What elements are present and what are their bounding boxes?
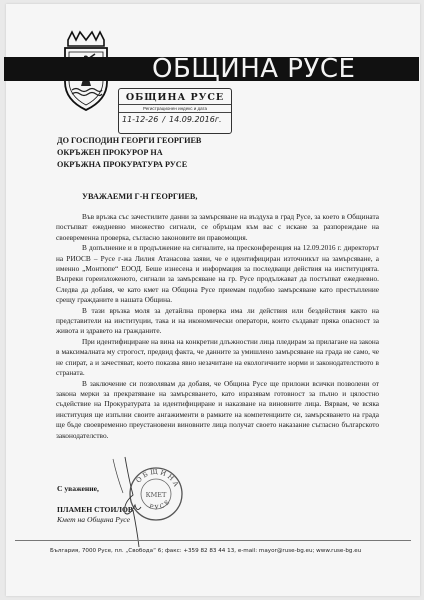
- registration-date: 14.09.2016г.: [169, 115, 222, 124]
- registration-stamp: ОБЩИНА РУСЕ Регистрационен индекс и дата…: [118, 88, 232, 134]
- organization-name: ОБЩИНА РУСЕ: [152, 54, 355, 84]
- recipient-line-3: ОКРЪЖНА ПРОКУРАТУРА РУСЕ: [57, 159, 201, 171]
- signature-icon: [105, 455, 165, 550]
- recipient-block: ДО ГОСПОДИН ГЕОРГИ ГЕОРГИЕВ ОКРЪЖЕН ПРОК…: [57, 135, 201, 171]
- registration-index: 11-12-26: [122, 115, 158, 124]
- footer-divider: [15, 540, 411, 541]
- footer-contact: България, 7000 Русе, пл. „Свобода“ 6; фа…: [50, 548, 361, 554]
- paragraph: В заключение си позволявам да добавя, че…: [56, 379, 379, 441]
- paragraph: Във връзка със зачестилите данни за замъ…: [56, 212, 379, 243]
- stamp-title: ОБЩИНА РУСЕ: [119, 91, 231, 104]
- stamp-subtitle: Регистрационен индекс и дата: [119, 104, 231, 113]
- letter-body: Във връзка със зачестилите данни за замъ…: [56, 212, 379, 441]
- paragraph: В тази връзка моля за детайлна проверка …: [56, 306, 379, 337]
- recipient-line-2: ОКРЪЖЕН ПРОКУРОР НА: [57, 147, 201, 159]
- greeting: УВАЖАЕМИ Г-Н ГЕОРГИЕВ,: [82, 192, 197, 201]
- recipient-line-1: ДО ГОСПОДИН ГЕОРГИ ГЕОРГИЕВ: [57, 135, 201, 147]
- paragraph: В допълнение и в продължение на сигналит…: [56, 243, 379, 305]
- paragraph: При идентифициране на вина на конкретни …: [56, 337, 379, 379]
- closing: С уважение,: [57, 484, 99, 493]
